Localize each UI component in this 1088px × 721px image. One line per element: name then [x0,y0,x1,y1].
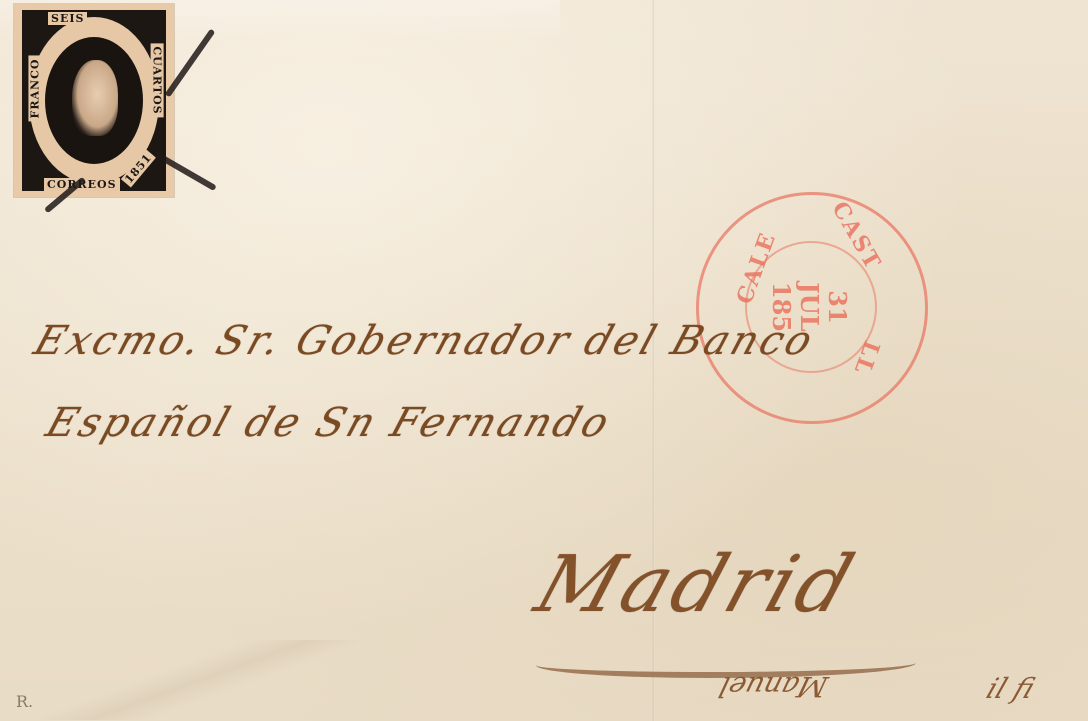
paper-crease [0,640,400,720]
queen-portrait-icon [72,60,117,136]
address-city: Madrid [525,540,867,630]
address-line-1: Excmo. Sr. Gobernador del Banco [29,318,821,364]
inverted-handwritten-note: Manuel [716,670,832,703]
corner-handwritten-note: il fi [982,672,1040,705]
circular-postmark: CALE CAST LL 31 JUL 185 [696,192,928,424]
postal-cover: SEIS FRANCO CUARTOS CORREOS 1851 CALE CA… [0,0,1088,721]
stamp-top-text: SEIS [48,12,87,25]
pencil-mark: R. [16,692,33,711]
stamp-right-text: CUARTOS [150,43,163,117]
address-line-2: Español de Sn Fernando [41,400,618,446]
stamp-left-text: FRANCO [28,56,41,122]
postmark-day: 31 [823,257,851,357]
postage-stamp: SEIS FRANCO CUARTOS CORREOS 1851 [14,4,174,197]
stamp-portrait-oval [45,37,143,164]
